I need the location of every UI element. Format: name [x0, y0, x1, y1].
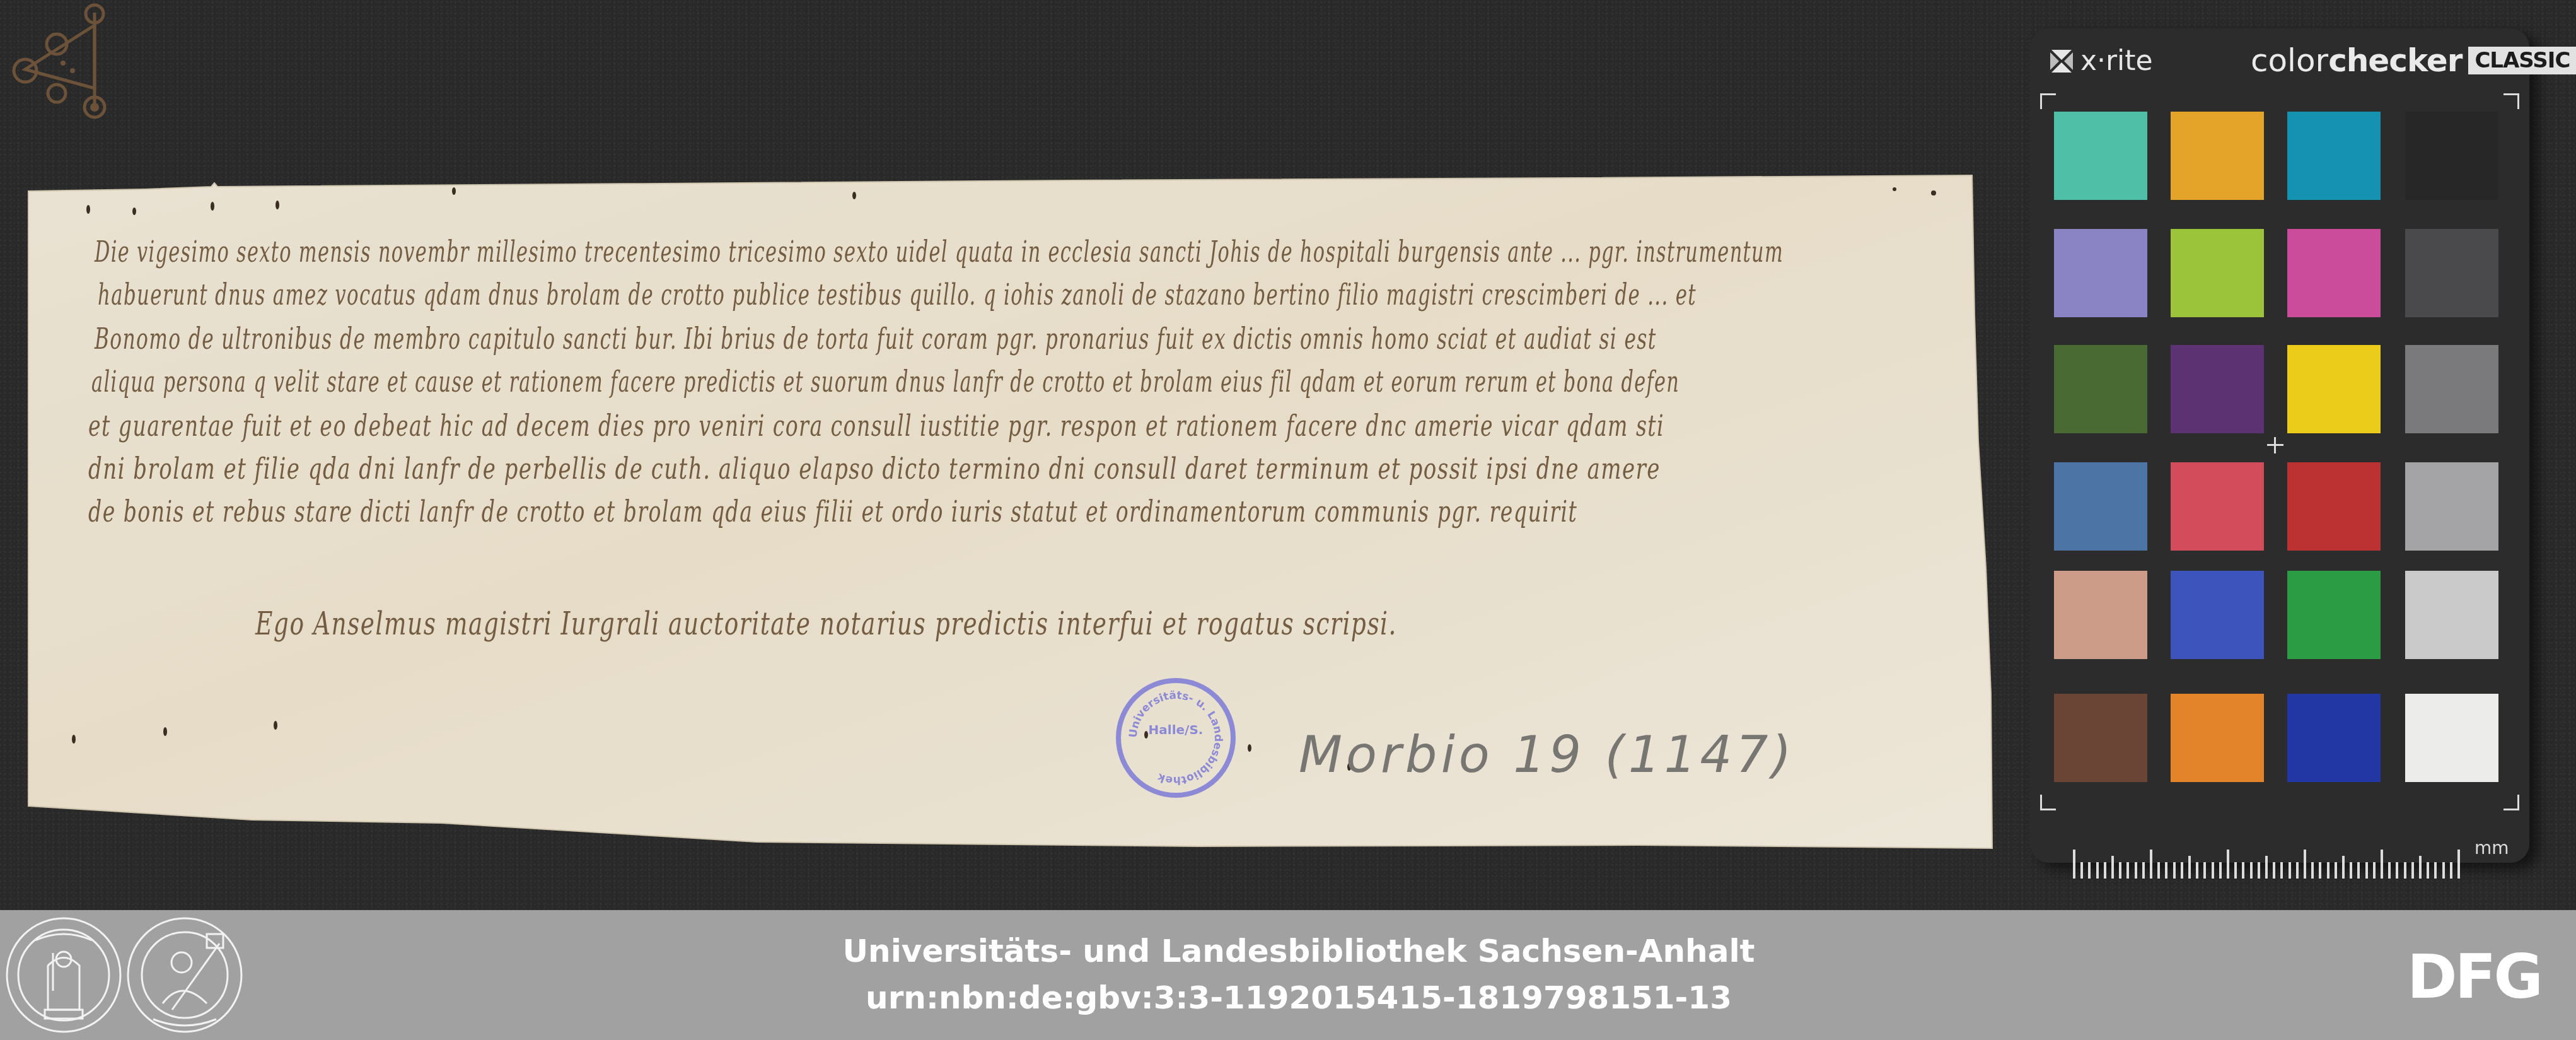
ruler-tick	[2335, 862, 2337, 879]
charter-text-line-5: et guarentae fuit et eo debeat hic ad de…	[88, 409, 1664, 443]
ruler-tick	[2088, 862, 2091, 879]
color-patch-r6-c2	[2171, 694, 2264, 782]
ruler-tick	[2442, 862, 2445, 879]
library-stamp: Universitäts- u. Landesbibliothek Halle/…	[1116, 678, 1236, 798]
xrite-label: x·rite	[2080, 45, 2153, 77]
color-patch-r3-c3	[2287, 345, 2381, 433]
charter-text-line-2: habuerunt dnus amez vocatus qdam dnus br…	[98, 278, 1697, 312]
ruler-tick	[2242, 862, 2244, 879]
footer-band: Universitäts- und Landesbibliothek Sachs…	[0, 910, 2576, 1040]
ruler-tick	[2104, 862, 2106, 879]
color-patch-r6-c3	[2287, 694, 2381, 782]
color-patch-r5-c4	[2405, 571, 2498, 659]
ruler-tick	[2457, 850, 2460, 879]
corner-mark-bottom-right	[2503, 795, 2519, 810]
ruler-tick	[2212, 862, 2214, 879]
pencil-shelfmark: Morbio 19 (1147)	[1299, 725, 1795, 784]
ruler-tick	[2450, 862, 2452, 879]
ruler-tick	[2350, 862, 2352, 879]
footer-urn[interactable]: urn:nbn:de:gbv:3:3-1192015415-1819798151…	[706, 979, 1891, 1016]
color-patch-r5-c3	[2287, 571, 2381, 659]
crosshair-mark-icon	[2267, 437, 2283, 453]
ruler-tick	[2080, 862, 2083, 879]
ruler-tick	[2188, 856, 2191, 879]
color-patch-r1-c2	[2171, 112, 2264, 200]
ruler-tick	[2258, 862, 2260, 879]
corner-mark-top-right	[2503, 93, 2519, 109]
ruler-tick	[2135, 862, 2137, 879]
ruler-tick	[2381, 850, 2383, 879]
stamp-ring: Universitäts- u. Landesbibliothek	[1121, 683, 1231, 793]
svg-text:Universitäts- u. Landesbibliot: Universitäts- u. Landesbibliothek	[1127, 689, 1224, 786]
ruler-tick	[2273, 862, 2275, 879]
ruler-tick	[2311, 862, 2314, 879]
color-patch-r5-c1	[2054, 571, 2147, 659]
ruler-tick	[2181, 862, 2183, 879]
ruler-tick	[2157, 862, 2160, 879]
ruler-tick	[2434, 862, 2437, 879]
corner-mark-bottom-left	[2040, 795, 2056, 810]
xrite-brand: x·rite	[2049, 45, 2153, 77]
title-bold: checker	[2328, 42, 2462, 79]
color-patch-r6-c4	[2405, 694, 2498, 782]
ruler-tick	[2096, 862, 2099, 879]
color-patch-r3-c4	[2405, 345, 2498, 433]
color-patch-r1-c3	[2287, 112, 2381, 200]
ruler-tick	[2404, 862, 2406, 879]
ruler-tick	[2173, 862, 2176, 879]
ruler-tick	[2126, 862, 2129, 879]
xrite-logo-icon	[2049, 47, 2074, 75]
ruler-tick	[2073, 850, 2075, 879]
ruler-tick	[2289, 862, 2291, 879]
stamp-center-text: Halle/S.	[1121, 722, 1231, 737]
color-patch-r2-c4	[2405, 229, 2498, 317]
ruler-tick	[2250, 862, 2253, 879]
charter-text-line-3: Bonomo de ultronibus de membro capitulo …	[95, 322, 1657, 356]
color-patch-r2-c1	[2054, 229, 2147, 317]
notary-subscription: Ego Anselmus magistri Iurgrali auctorita…	[255, 605, 1397, 642]
corner-mark-top-left	[2040, 93, 2056, 109]
ruler-tick	[2234, 862, 2237, 879]
color-patch-r3-c1	[2054, 345, 2147, 433]
ruler-tick	[2342, 856, 2345, 879]
ruler-tick	[2142, 862, 2145, 879]
color-patch-r2-c3	[2287, 229, 2381, 317]
ruler-tick	[2319, 862, 2321, 879]
ruler-tick	[2365, 862, 2368, 879]
color-patch-r1-c4	[2405, 112, 2498, 200]
ruler-tick	[2296, 862, 2299, 879]
colorchecker-card: x·rite colorchecker CLASSIC mm	[2030, 28, 2529, 863]
color-patch-r2-c2	[2171, 229, 2264, 317]
charter-text-line-4: aliqua persona q velit stare et cause et…	[91, 365, 1680, 399]
ruler-tick	[2165, 862, 2167, 879]
ruler-tick	[2396, 862, 2398, 879]
color-patch-r4-c3	[2287, 462, 2381, 551]
colorchecker-title: colorchecker CLASSIC	[2251, 42, 2576, 79]
ruler-tick	[2419, 856, 2422, 879]
color-patch-r6-c1	[2054, 694, 2147, 782]
color-patch-r4-c1	[2054, 462, 2147, 551]
ruler-tick	[2411, 862, 2414, 879]
ruler-tick	[2373, 862, 2376, 879]
ruler-tick	[2119, 862, 2121, 879]
color-patch-r3-c2	[2171, 345, 2264, 433]
mm-ruler	[2073, 847, 2451, 879]
charter-text-line-6: dni brolam et filie qda dni lanfr de per…	[88, 452, 1661, 486]
ruler-tick	[2150, 850, 2152, 879]
ruler-tick	[2111, 856, 2114, 879]
dfg-logo: DFG	[2407, 947, 2541, 1007]
parchment-charter: Die vigesimo sexto mensis novembr milles…	[0, 0, 2017, 883]
ruler-tick	[2227, 850, 2229, 879]
ruler-tick	[2327, 862, 2329, 879]
university-seal-halle-icon	[4, 915, 124, 1035]
ruler-tick	[2357, 862, 2360, 879]
ruler-tick	[2265, 856, 2268, 879]
color-patch-r1-c1	[2054, 112, 2147, 200]
notarial-sign-icon	[0, 0, 132, 120]
color-patch-r4-c4	[2405, 462, 2498, 551]
ruler-tick	[2196, 862, 2198, 879]
footer-institution-name: Universitäts- und Landesbibliothek Sachs…	[706, 933, 1891, 969]
ruler-tick	[2203, 862, 2206, 879]
charter-text-line-7: de bonis et rebus stare dicti lanfr de c…	[88, 494, 1577, 529]
university-seal-wittenberg-icon	[125, 915, 245, 1035]
classic-badge: CLASSIC	[2468, 47, 2576, 74]
color-patch-r4-c2	[2171, 462, 2264, 551]
charter-text-line-1: Die vigesimo sexto mensis novembr milles…	[95, 235, 1784, 269]
color-patch-r5-c2	[2171, 571, 2264, 659]
stamp-ring-text: Universitäts- u. Landesbibliothek	[1127, 689, 1224, 786]
ruler-tick	[2280, 862, 2283, 879]
ruler-tick	[2219, 862, 2222, 879]
ruler-unit-label: mm	[2474, 838, 2509, 858]
ruler-tick	[2388, 862, 2391, 879]
ruler-tick	[2427, 862, 2429, 879]
title-light: color	[2251, 42, 2328, 79]
ruler-tick	[2304, 850, 2306, 879]
